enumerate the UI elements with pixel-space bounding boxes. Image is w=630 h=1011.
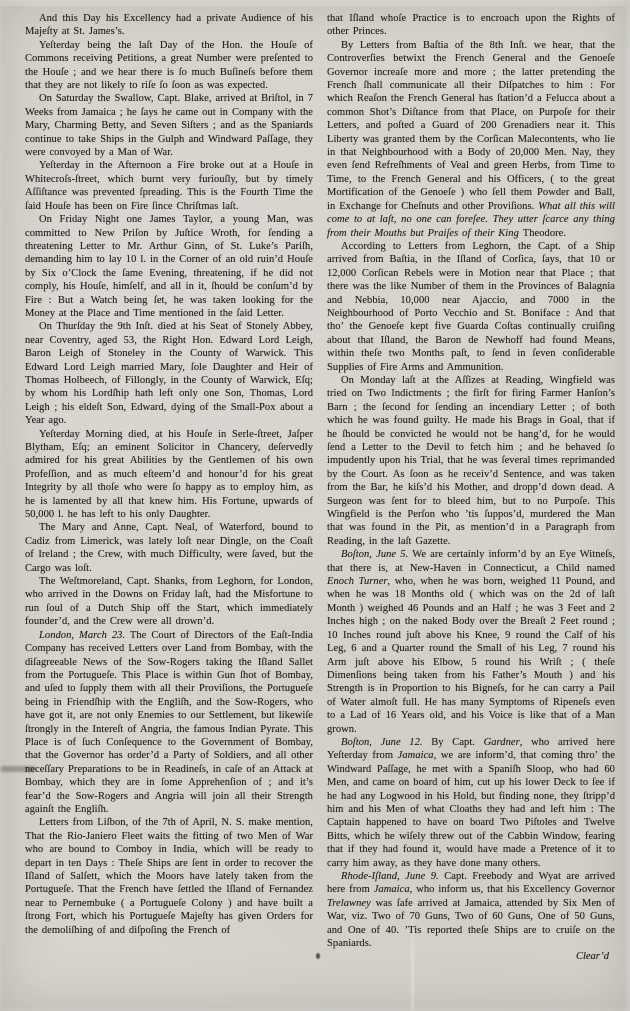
paragraph: On Saturday the Swallow, Capt. Blake, ar… xyxy=(25,92,313,159)
body-text: Yeſterday being the laſt Day of the Hon.… xyxy=(25,40,313,91)
paragraph: On Thurſday the 9th Inſt. died at his Se… xyxy=(25,320,313,427)
paragraph: And this Day his Excellency had a privat… xyxy=(25,12,313,39)
paragraph: Yeſterday being the laſt Day of the Hon.… xyxy=(25,39,313,93)
paragraph: Boſton, June 12. By Capt. Gardner, who a… xyxy=(327,736,615,870)
scan-edge-top xyxy=(0,0,630,6)
body-text: Yeſterday in the Afternoon a Fire broke … xyxy=(25,160,313,211)
italic-text: Gardner xyxy=(484,737,520,748)
paragraph: London, March 23. The Court of Directors… xyxy=(25,629,313,817)
paragraph: Rhode-Iſland, June 9. Capt. Freebody and… xyxy=(327,870,615,950)
body-text: Yeſterday Morning died, at his Houſe in … xyxy=(25,429,313,520)
body-text: The Court of Directors of the Eaſt-India… xyxy=(25,630,313,815)
paragraph: The Mary and Anne, Capt. Neal, of Waterf… xyxy=(25,521,313,575)
body-text: On Thurſday the 9th Inſt. died at his Se… xyxy=(25,321,313,426)
italic-text: London, March 23. xyxy=(39,630,125,641)
body-text: , we are inform’d, that coming thro’ the… xyxy=(327,750,615,868)
column-right: that Iſland whoſe Practice is to encroac… xyxy=(327,12,615,964)
body-text: Letters from Liſbon, of the 7th of April… xyxy=(25,817,313,935)
paragraph: According to Letters from Leghorn, the C… xyxy=(327,240,615,374)
paragraph: On Monday laſt at the Aſſizes at Reading… xyxy=(327,374,615,548)
body-text: Theodore. xyxy=(523,228,566,239)
italic-text: Jamaica xyxy=(374,884,410,895)
body-text: On Monday laſt at the Aſſizes at Reading… xyxy=(327,375,615,547)
body-text: According to Letters from Leghorn, the C… xyxy=(327,241,615,373)
paragraph: Boſton, June 5. We are certainly inform’… xyxy=(327,548,615,736)
body-text: that Iſland whoſe Practice is to encroac… xyxy=(327,13,615,37)
body-text: On Saturday the Swallow, Capt. Blake, ar… xyxy=(25,93,313,158)
paragraph: The Weſtmoreland, Capt. Shanks, from Leg… xyxy=(25,575,313,629)
body-text: The Mary and Anne, Capt. Neal, of Waterf… xyxy=(25,522,313,573)
column-left: And this Day his Excellency had a privat… xyxy=(25,12,313,964)
body-text: On Friday Night one James Taylor, a youn… xyxy=(25,214,313,319)
italic-text: Rhode-Iſland, June 9. xyxy=(341,871,439,882)
italic-text: Enoch Turner xyxy=(327,576,388,587)
body-text: And this Day his Excellency had a privat… xyxy=(25,13,313,37)
paragraph: By Letters from Baſtia of the 8th Inſt. … xyxy=(327,39,615,240)
paragraph: On Friday Night one James Taylor, a youn… xyxy=(25,213,313,320)
paragraph: Yeſterday Morning died, at his Houſe in … xyxy=(25,428,313,522)
paragraph: Letters from Liſbon, of the 7th of April… xyxy=(25,816,313,937)
body-text: , who inform us, that his Excellency Gov… xyxy=(410,884,615,895)
body-text: , who, when he was born, weighed 11 Poun… xyxy=(327,576,615,734)
catchword: Clear’d xyxy=(327,950,615,963)
paragraph: Yeſterday in the Afternoon a Fire broke … xyxy=(25,159,313,213)
italic-text: Trelawney xyxy=(327,898,371,909)
body-text: The Weſtmoreland, Capt. Shanks, from Leg… xyxy=(25,576,313,627)
body-text: By Letters from Baſtia of the 8th Inſt. … xyxy=(327,40,615,212)
body-text: By Capt. xyxy=(423,737,484,748)
newspaper-page: And this Day his Excellency had a privat… xyxy=(0,0,630,1011)
text-columns: And this Day his Excellency had a privat… xyxy=(25,12,615,964)
italic-text: Jamaica xyxy=(398,750,434,761)
italic-text: Boſton, June 12. xyxy=(341,737,423,748)
scan-edge-right xyxy=(625,0,630,1011)
body-text: was ſafe arrived at Jamaica, attended by… xyxy=(327,898,615,949)
paragraph: that Iſland whoſe Practice is to encroac… xyxy=(327,12,615,39)
italic-text: Boſton, June 5. xyxy=(341,549,408,560)
